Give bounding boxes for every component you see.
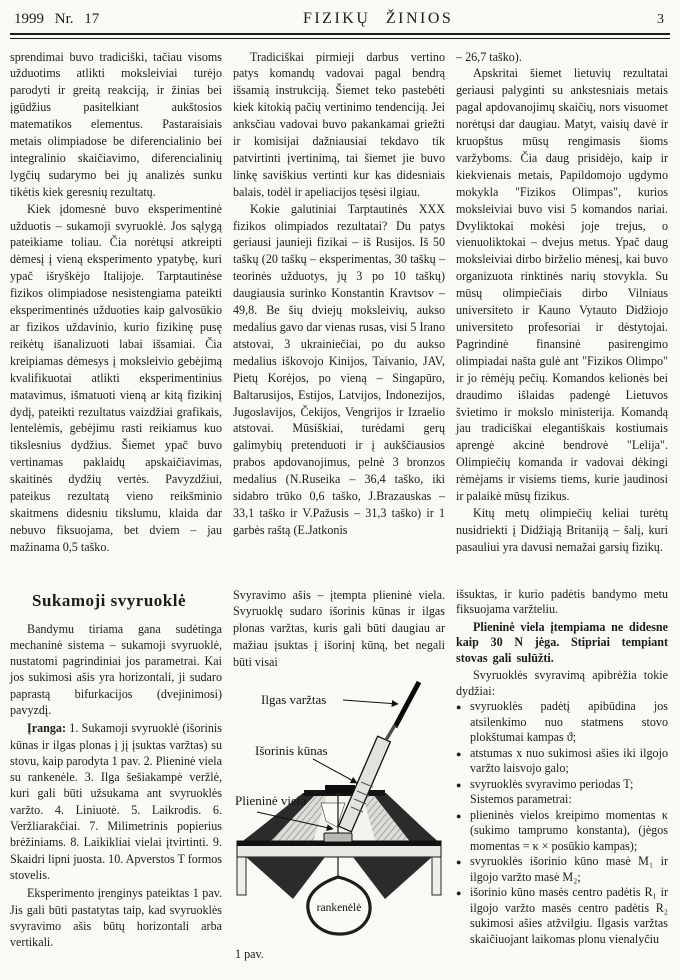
paragraph: Apskritai šiemet lietuvių rezultatai ger… (456, 65, 668, 505)
long-bolt-thread (386, 725, 395, 740)
paragraph: Kokie galutiniai Tarptautinės XXX fiziko… (233, 201, 445, 539)
header-double-rule (10, 33, 670, 39)
lower-text-band: Sukamoji svyruoklė Bandymu tiriama gana … (10, 587, 670, 963)
list-item: ● atstumas x nuo sukimosi ašies iki ilgo… (456, 746, 668, 777)
list-item-text: atstumas x nuo sukimosi ašies iki ilgojo… (470, 746, 668, 776)
stand-right-foot (432, 857, 441, 895)
label-handle: rankenėlė (317, 902, 362, 914)
wire-bottom-clamp (324, 833, 352, 842)
page-number: 3 (657, 12, 666, 28)
paragraph: Svyravimo ašis – įtempta plieninė viela.… (233, 587, 445, 672)
paragraph: sprendimai buvo tradiciški, tačiau visom… (10, 49, 222, 201)
wire-top-clamp (325, 785, 355, 793)
column-1-upper: sprendimai buvo tradiciški, tačiau visom… (10, 49, 222, 577)
journal-page: 1999 Nr. 17 FIZIKŲ ŽINIOS 3 sprendimai b… (0, 0, 680, 963)
label-outer-body: Išorinis kūnas (255, 743, 328, 758)
list-item: ● svyruoklės išorinio kūno masė M₁ ir il… (456, 854, 668, 885)
column-2-lower: Svyravimo ašis – įtempta plieninė viela.… (233, 587, 445, 963)
bullet-icon: ● (456, 809, 461, 825)
column-2-upper: Tradiciškai pirmieji darbus vertino paty… (233, 49, 445, 577)
bullet-icon: ● (456, 747, 461, 763)
list-item: ● plieninės vielos kreipimo momentas κ (… (456, 808, 668, 855)
paragraph: Eksperimento įrenginys pateiktas 1 pav. … (10, 885, 222, 950)
stand-left-foot (237, 857, 246, 895)
paragraph: išsuktas, ir kurio padėtis bandymo metu … (456, 587, 668, 618)
parameters-label: Sistemos parametrai: (456, 792, 668, 808)
list-item-text: svyruoklės svyravimo periodas T; (470, 777, 633, 791)
section-heading: Sukamoji svyruoklė (10, 591, 222, 611)
list-item: ● svyruoklės padėtį apibūdina jos atsile… (456, 699, 668, 746)
pendulum-apparatus-figure: Ilgas varžtas Išorinis kūnas Plieninė vi… (233, 677, 445, 939)
figure-1: Ilgas varžtas Išorinis kūnas Plieninė vi… (233, 677, 445, 963)
paragraph: Kiek įdomesnė buvo eksperimentinė užduot… (10, 201, 222, 556)
figure-caption: 1 pav. (233, 946, 445, 963)
label-steel-wire: Plieninė viela (235, 793, 306, 808)
equipment-list: 1. Sukamoji svyruoklė (išorinis kūnas ir… (10, 721, 222, 882)
journal-title: FIZIKŲ ŽINIOS (303, 10, 453, 28)
label-long-bolt: Ilgas varžtas (261, 692, 326, 707)
column-3-lower: išsuktas, ir kurio padėtis bandymo metu … (456, 587, 668, 963)
upper-text-band: sprendimai buvo tradiciški, tačiau visom… (10, 49, 670, 577)
paragraph: – 26,7 taško). (456, 49, 668, 66)
equipment-label: Įranga: (27, 721, 66, 735)
arrow-to-outer-body (313, 759, 357, 783)
list-item: ● svyruoklės svyravimo periodas T; (456, 777, 668, 793)
warning-paragraph: Plieninė viela įtempiama ne didesne kaip… (456, 620, 668, 667)
arrow-to-long-bolt (343, 700, 398, 704)
bullet-icon: ● (456, 700, 461, 716)
bullet-icon: ● (456, 886, 461, 902)
paragraph: Bandymu tiriama gana sudėtinga mechaninė… (10, 621, 222, 719)
paragraph-equipment: Įranga: 1. Sukamoji svyruoklė (išorinis … (10, 720, 222, 883)
list-item-text: svyruoklės padėtį apibūdina jos atsilenk… (470, 699, 668, 744)
paragraph: Svyruoklės svyravimą apibrėžia tokie dyd… (456, 668, 668, 699)
paragraph: Tradiciškai pirmieji darbus vertino paty… (233, 49, 445, 201)
list-item: ● išorinio kūno masės centro padėtis R₁ … (456, 885, 668, 947)
list-item-text: plieninės vielos kreipimo momentas κ (su… (470, 808, 668, 853)
column-1-lower: Sukamoji svyruoklė Bandymu tiriama gana … (10, 587, 222, 963)
bullet-icon: ● (456, 778, 461, 794)
issue-number: 1999 Nr. 17 (14, 11, 99, 28)
paragraph: Kitų metų olimpiečių keliai turėtų nusid… (456, 505, 668, 556)
list-item-text: išorinio kūno masės centro padėtis R₁ ir… (470, 885, 668, 946)
list-item-text: svyruoklės išorinio kūno masė M₁ ir ilgo… (470, 854, 668, 884)
column-3-upper: – 26,7 taško). Apskritai šiemet lietuvių… (456, 49, 668, 577)
masthead: 1999 Nr. 17 FIZIKŲ ŽINIOS 3 (10, 6, 670, 33)
long-bolt (395, 682, 419, 727)
bullet-icon: ● (456, 855, 461, 871)
